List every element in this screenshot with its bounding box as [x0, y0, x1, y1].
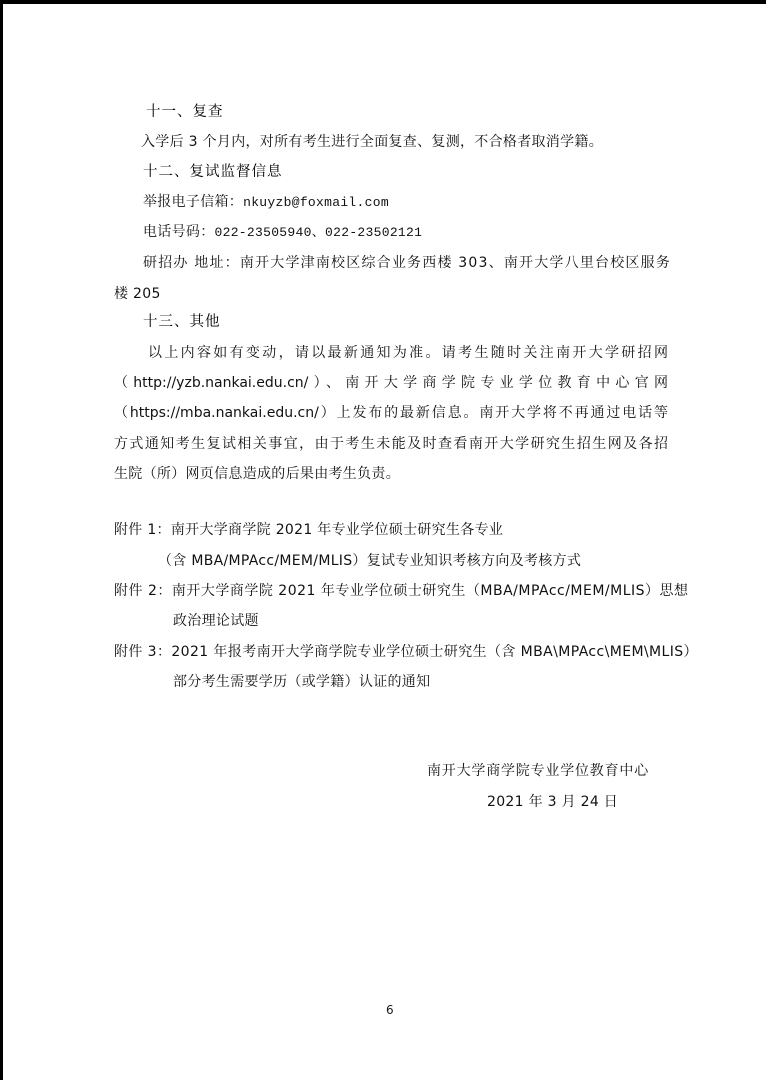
other-paragraph-line-5: 生院（所）网页信息造成的后果由考生负责。 — [114, 465, 400, 483]
section-heading-review: 十一、复查 — [146, 103, 224, 121]
attachment-1-title: 附件 1：南开大学商学院 2021 年专业学位硕士研究生各专业 — [114, 521, 503, 539]
attachment-2-subtitle: 政治理论试题 — [173, 612, 259, 630]
address-line-2: 楼 205 — [114, 285, 161, 303]
other-paragraph-line-4: 方式通知考生复试相关事宜，由于考生未能及时查看南开大学研究生招生网及各招 — [114, 435, 668, 453]
attachment-1-subtitle: （含 MBA/MPAcc/MEM/MLIS）复试专业知识考核方向及考核方式 — [158, 552, 581, 570]
report-email-line: 举报电子信箱：nkuyzb@foxmail.com — [143, 193, 389, 212]
other-paragraph-line-1: 以上内容如有变动，请以最新通知为准。请考生随时关注南开大学研招网 — [148, 344, 668, 362]
section-heading-supervision: 十二、复试监督信息 — [143, 163, 283, 181]
attachment-3-title: 附件 3：2021 年报考南开大学商学院专业学位硕士研究生（含 MBA\MPAc… — [114, 643, 698, 661]
other-paragraph-line-3: （https://mba.nankai.edu.cn/）上发布的最新信息。南开大… — [114, 404, 668, 422]
phone-label: 电话号码： — [143, 224, 215, 240]
other-paragraph-line-2: （http://yzb.nankai.edu.cn/）、南开大学商学院专业学位教… — [114, 374, 668, 392]
address-line-1: 研招办 地址：南开大学津南校区综合业务西楼 303、南开大学八里台校区服务 — [143, 254, 671, 272]
attachment-3-subtitle: 部分考生需要学历（或学籍）认证的通知 — [173, 673, 430, 691]
signature-date: 2021 年 3 月 24 日 — [487, 793, 618, 811]
review-paragraph: 入学后 3 个月内，对所有考生进行全面复查、复测，不合格者取消学籍。 — [141, 133, 603, 151]
email-label: 举报电子信箱： — [143, 194, 243, 210]
attachment-2-title: 附件 2：南开大学商学院 2021 年专业学位硕士研究生（MBA/MPAcc/M… — [114, 582, 689, 600]
phone-numbers: 022-23505940、022-23502121 — [215, 225, 423, 240]
signature-organization: 南开大学商学院专业学位教育中心 — [427, 762, 649, 780]
report-email: nkuyzb@foxmail.com — [243, 195, 389, 210]
page-border-top — [0, 0, 766, 4]
phone-line: 电话号码：022-23505940、022-23502121 — [143, 223, 422, 242]
page-number: 6 — [386, 1003, 394, 1017]
section-heading-other: 十三、其他 — [143, 313, 221, 331]
page-border-left — [0, 0, 3, 1080]
